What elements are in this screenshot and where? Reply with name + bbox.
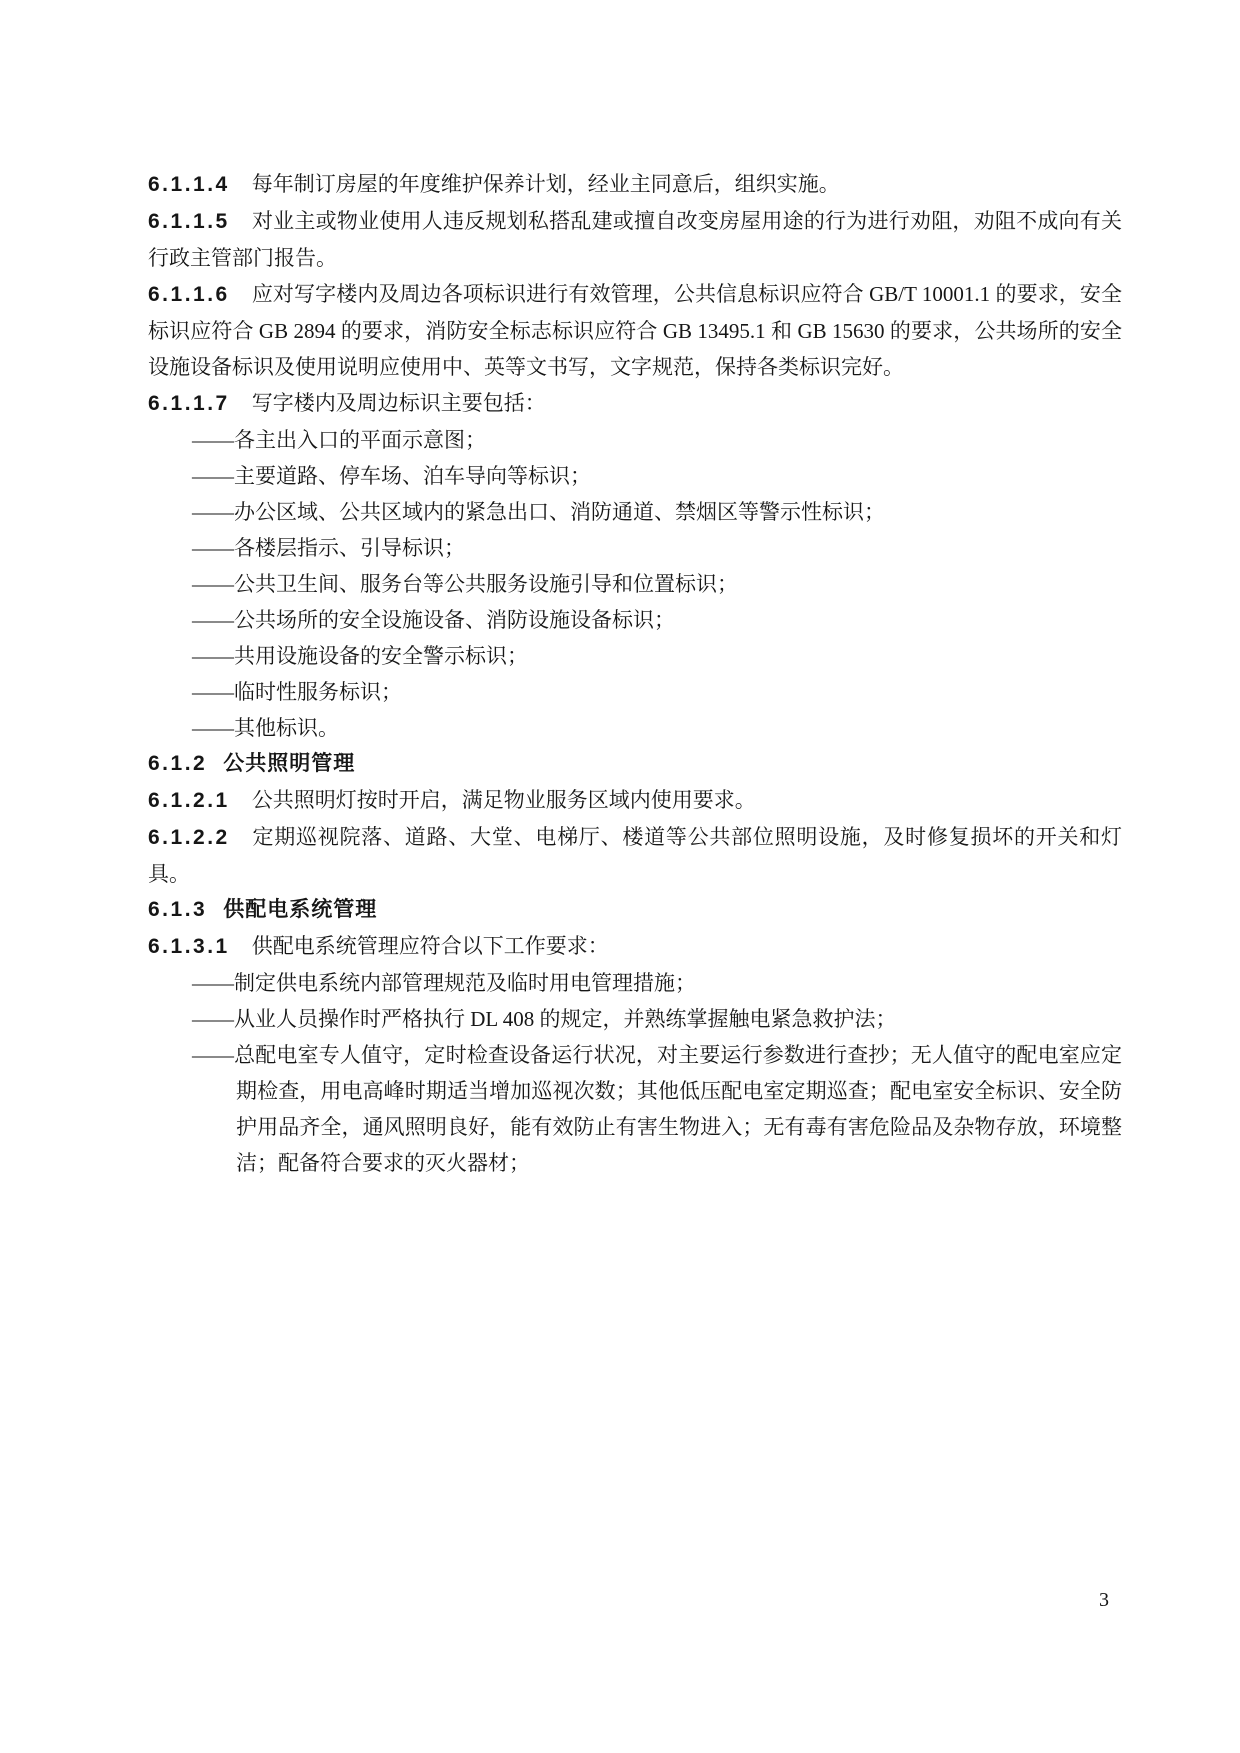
page-number: 3	[1099, 1586, 1109, 1614]
list-item-text: 总配电室专人值守，定时检查设备运行状况，对主要运行参数进行查抄；无人值守的配电室…	[234, 1043, 1122, 1175]
list-item: ——办公区域、公共区域内的紧急出口、消防通道、禁烟区等警示性标识；	[148, 494, 1122, 530]
list-item-text: 临时性服务标识；	[234, 680, 402, 704]
list-item-text: 各主出入口的平面示意图；	[234, 428, 486, 452]
clause: 6.1.1.6应对写字楼内及周边各项标识进行有效管理，公共信息标识应符合 GB/…	[148, 276, 1122, 385]
clause-number: 6.1.2.2	[148, 826, 230, 849]
clause: 6.1.3.1供配电系统管理应符合以下工作要求：	[148, 928, 1122, 965]
list-item: ——临时性服务标识；	[148, 674, 1122, 710]
list-item: ——各楼层指示、引导标识；	[148, 530, 1122, 566]
dash-marker: ——	[192, 680, 234, 704]
clause-number: 6.1.1.4	[148, 173, 230, 196]
list-item-text: 公共场所的安全设施设备、消防设施设备标识；	[234, 608, 675, 632]
list-item: ——公共卫生间、服务台等公共服务设施引导和位置标识；	[148, 566, 1122, 602]
dash-marker: ——	[192, 428, 234, 452]
list-item-text: 办公区域、公共区域内的紧急出口、消防通道、禁烟区等警示性标识；	[234, 500, 885, 524]
dash-marker: ——	[192, 608, 234, 632]
clause-text: 应对写字楼内及周边各项标识进行有效管理，公共信息标识应符合 GB/T 10001…	[148, 282, 1122, 379]
clause-text: 每年制订房屋的年度维护保养计划，经业主同意后，组织实施。	[252, 172, 840, 196]
clause: 6.1.1.7写字楼内及周边标识主要包括：	[148, 385, 1122, 422]
clause-number: 6.1.3	[148, 898, 207, 921]
list-item: ——其他标识。	[148, 710, 1122, 746]
clause-text: 写字楼内及周边标识主要包括：	[252, 391, 546, 415]
dash-marker: ——	[192, 464, 234, 488]
list-item-text: 各楼层指示、引导标识；	[234, 536, 465, 560]
clause-text: 定期巡视院落、道路、大堂、电梯厅、楼道等公共部位照明设施，及时修复损坏的开关和灯…	[148, 825, 1122, 886]
dash-marker: ——	[192, 536, 234, 560]
list-item-text: 其他标识。	[234, 716, 339, 740]
list-item-text: 主要道路、停车场、泊车导向等标识；	[234, 464, 591, 488]
list-item-text: 公共卫生间、服务台等公共服务设施引导和位置标识；	[234, 572, 738, 596]
list-item: ——制定供电系统内部管理规范及临时用电管理措施；	[148, 965, 1122, 1001]
dash-marker: ——	[192, 500, 234, 524]
dash-marker: ——	[192, 971, 234, 995]
clause-number: 6.1.1.7	[148, 392, 230, 415]
clause-number: 6.1.1.5	[148, 210, 230, 233]
dash-marker: ——	[192, 1043, 234, 1067]
list-item: ——公共场所的安全设施设备、消防设施设备标识；	[148, 602, 1122, 638]
list-item: ——各主出入口的平面示意图；	[148, 422, 1122, 458]
list-item: ——共用设施设备的安全警示标识；	[148, 638, 1122, 674]
section-heading: 6.1.3供配电系统管理	[148, 892, 1122, 928]
clause: 6.1.2.1公共照明灯按时开启，满足物业服务区域内使用要求。	[148, 782, 1122, 819]
clause-text: 供配电系统管理应符合以下工作要求：	[252, 934, 609, 958]
section-title: 供配电系统管理	[223, 898, 377, 921]
dash-marker: ——	[192, 716, 234, 740]
clause-number: 6.1.1.6	[148, 283, 230, 306]
clause-number: 6.1.2.1	[148, 789, 230, 812]
clause-text: 公共照明灯按时开启，满足物业服务区域内使用要求。	[252, 788, 756, 812]
list-item: ——从业人员操作时严格执行 DL 408 的规定，并熟练掌握触电紧急救护法；	[148, 1001, 1122, 1037]
list-item-text: 制定供电系统内部管理规范及临时用电管理措施；	[234, 971, 696, 995]
clause: 6.1.1.4每年制订房屋的年度维护保养计划，经业主同意后，组织实施。	[148, 166, 1122, 203]
list-item: ——主要道路、停车场、泊车导向等标识；	[148, 458, 1122, 494]
list-item-text: 共用设施设备的安全警示标识；	[234, 644, 528, 668]
clause: 6.1.1.5对业主或物业使用人违反规划私搭乱建或擅自改变房屋用途的行为进行劝阻…	[148, 203, 1122, 276]
section-heading: 6.1.2公共照明管理	[148, 746, 1122, 782]
document-content: 6.1.1.4每年制订房屋的年度维护保养计划，经业主同意后，组织实施。6.1.1…	[148, 166, 1122, 1181]
list-item-text: 从业人员操作时严格执行 DL 408 的规定，并熟练掌握触电紧急救护法；	[234, 1007, 896, 1031]
dash-marker: ——	[192, 572, 234, 596]
dash-marker: ——	[192, 1007, 234, 1031]
clause-text: 对业主或物业使用人违反规划私搭乱建或擅自改变房屋用途的行为进行劝阻，劝阻不成向有…	[148, 209, 1122, 270]
section-title: 公共照明管理	[223, 752, 355, 775]
clause-number: 6.1.3.1	[148, 935, 230, 958]
clause: 6.1.2.2定期巡视院落、道路、大堂、电梯厅、楼道等公共部位照明设施，及时修复…	[148, 819, 1122, 892]
dash-marker: ——	[192, 644, 234, 668]
document-page: 6.1.1.4每年制订房屋的年度维护保养计划，经业主同意后，组织实施。6.1.1…	[0, 0, 1240, 1753]
clause-number: 6.1.2	[148, 752, 207, 775]
list-item: ——总配电室专人值守，定时检查设备运行状况，对主要运行参数进行查抄；无人值守的配…	[148, 1037, 1122, 1181]
